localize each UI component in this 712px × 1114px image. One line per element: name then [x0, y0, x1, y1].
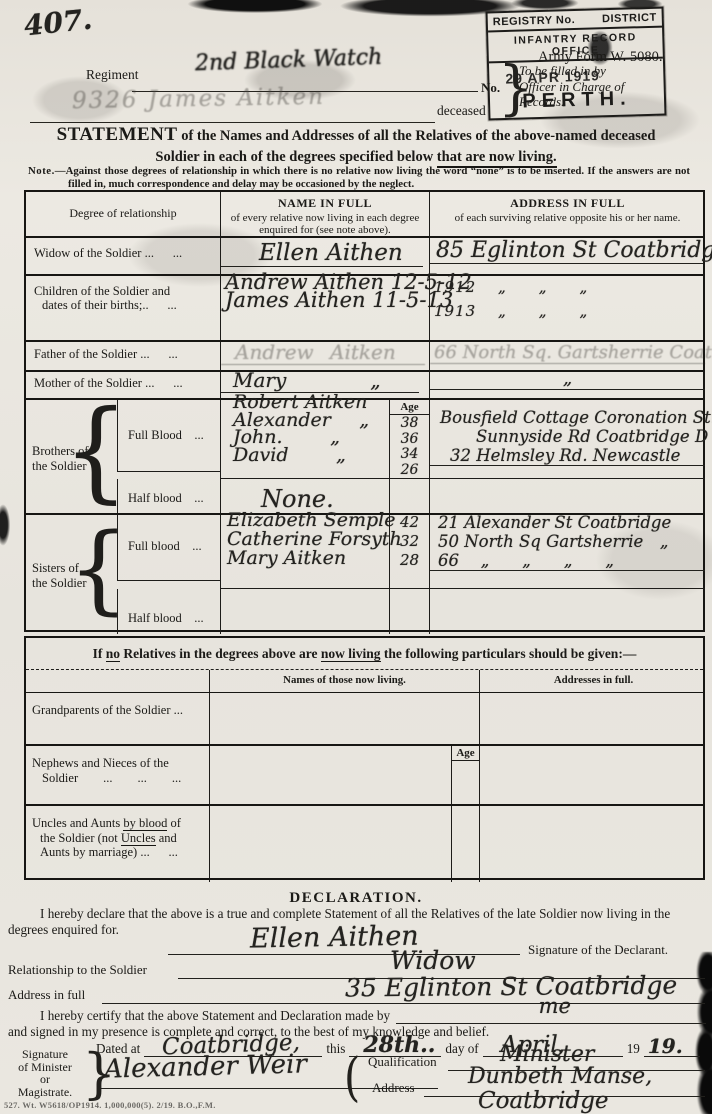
form-title: STATEMENT of the Names and Addresses of … [0, 124, 712, 168]
widow-address: 85 Eglinton St Coatbridge [430, 238, 703, 264]
uncles-age-cell [451, 806, 479, 882]
relatives-table: Degree of relationship NAME IN FULL of e… [24, 190, 705, 632]
note-text: —Against those degrees of relationship i… [55, 165, 690, 190]
header-address: ADDRESS IN FULL of each surviving relati… [429, 192, 705, 236]
brothers-half-age-cell [389, 479, 429, 513]
stamp-registry-label: REGISTRY No. [493, 14, 576, 28]
sister-age: 42 [390, 513, 429, 532]
sister-address: 21 Alexander St Coatbridge [430, 513, 705, 532]
minister-address-value: Dunbeth Manse, [468, 1064, 652, 1089]
certify-me-value: me [539, 994, 571, 1018]
note-label: Note. [28, 165, 55, 177]
brothers-age-cell: Age 38 36 34 26 [389, 400, 429, 479]
widow-address-cell: 85 Eglinton St Coatbridge [429, 238, 705, 274]
brothers-half-address-cell [429, 479, 705, 513]
brother-address: Sunnyside Rd Coatbridge D [430, 427, 705, 446]
widow-name-cell: Ellen Aithen [220, 238, 429, 274]
brother-age: 36 [390, 432, 429, 448]
brothers-full-label: Full Blood ... [117, 400, 220, 472]
qualification-label: Qualification [368, 1054, 437, 1070]
sisters-names-cell: Elizabeth Semple Catherine Forsyth Mary … [220, 515, 389, 589]
children-address-cell: 1912 „ „ „ 1913 „ „ „ [429, 276, 705, 340]
title-word: STATEMENT [57, 124, 178, 145]
certify-line1: I hereby certify that the above Statemen… [8, 1008, 706, 1024]
row-nephews: Nephews and Nieces of the Soldier ... ..… [26, 744, 703, 804]
regiment-label: Regiment [86, 67, 139, 83]
sisters-half-address-cell [429, 589, 705, 634]
address-in-full-label: Address in full [8, 987, 85, 1003]
stamp-district-label: DISTRICT [602, 12, 657, 26]
sister-age: 28 [390, 551, 429, 570]
soldier-name-value: 9326 James Aitken [72, 84, 325, 114]
ref-number: 407. [22, 3, 93, 43]
brothers-group-label: Brothers of the Soldier { [26, 400, 117, 513]
sister-name: Mary Aitken [227, 549, 389, 568]
brothers-names-cell: Robert Aitken Alexander „ John. „ David … [220, 400, 389, 479]
t2-header-addresses: Addresses in full. [479, 670, 707, 692]
soldier-rule [30, 122, 435, 123]
qualification-brace: ( [344, 1048, 360, 1108]
form-note: Note.—Against those degrees of relations… [28, 165, 690, 190]
child-address: 1913 „ „ „ [430, 298, 705, 324]
nephews-label: Nephews and Nieces of the Soldier ... ..… [26, 746, 209, 804]
brother-age: 34 [390, 447, 429, 463]
sisters-address-cell: 21 Alexander St Coatbridge 50 North Sq G… [429, 515, 705, 589]
minister-address-value2: Coatbridge [478, 1088, 609, 1114]
row-sisters: Sisters of the Soldier { Full blood ... … [26, 513, 703, 634]
brother-age: 38 [390, 416, 429, 432]
t2-header-spacer [26, 670, 209, 692]
no-brace: } [498, 54, 534, 122]
sister-address: 66 „ „ „ „ [430, 551, 705, 571]
no-relatives-header-row: Names of those now living. Addresses in … [26, 670, 703, 692]
sister-address: 50 North Sq Gartsherrie „ [430, 532, 705, 551]
brother-address: Bousfield Cottage Coronation St. [430, 408, 705, 427]
children-label: Children of the Soldier and dates of the… [26, 276, 220, 340]
brother-name: David „ [233, 447, 389, 465]
child-address: 1912 „ „ „ [430, 274, 705, 300]
nephews-names-cell [209, 746, 451, 804]
mother-address-cell: „ [429, 372, 705, 398]
declarant-signature-label: Signature of the Declarant. [528, 942, 668, 958]
row-uncles: Uncles and Aunts by blood of the Soldier… [26, 804, 703, 882]
sisters-full-label: Full blood ... [117, 515, 220, 581]
row-father: Father of the Soldier ... ... Andrew Ait… [26, 340, 703, 370]
mother-address: „ [430, 368, 705, 390]
row-brothers: Brothers of the Soldier { Full Blood ...… [26, 398, 703, 513]
header-degree: Degree of relationship [26, 192, 220, 236]
table-header-row: Degree of relationship NAME IN FULL of e… [26, 192, 703, 236]
sisters-half-label: Half blood ... [117, 589, 220, 634]
nephews-age-cell: Age [451, 746, 479, 804]
relationship-label: Relationship to the Soldier [8, 962, 147, 978]
grandparents-names-cell [209, 693, 479, 744]
father-name: Andrew Aitken [221, 340, 425, 365]
certify-me-line: me [396, 1008, 706, 1024]
uncles-names-cell [209, 806, 451, 882]
brothers-half-cell: None. [220, 479, 389, 513]
brother-age: 26 [390, 463, 429, 479]
declaration-heading: DECLARATION. [0, 890, 712, 907]
grandparents-label: Grandparents of the Soldier ... [26, 693, 209, 744]
minister-address-label: Address [372, 1080, 415, 1096]
document-page: 407. Army Form W. 5080. REGISTRY No. DIS… [0, 0, 712, 1114]
age-header: Age [390, 400, 429, 415]
father-address: 66 North Sq. Gartsherrie Coatb [430, 342, 705, 364]
brothers-address-cell: Bousfield Cottage Coronation St. Sunnysi… [429, 400, 705, 479]
father-address-cell: 66 North Sq. Gartsherrie Coatb [429, 342, 705, 370]
deceased-label: deceased [437, 103, 486, 119]
title-line2: Soldier in each of the degrees specified… [155, 149, 436, 165]
no-relatives-title: If no Relatives in the degrees above are… [26, 638, 703, 670]
title-line1: of the Names and Addresses of all the Re… [178, 128, 656, 144]
address-in-full-value: 35 Eglinton St Coatbridge [345, 971, 678, 1003]
child-name: James Aithen 11-5-13 [221, 288, 429, 312]
row-widow: Widow of the Soldier ... ... Ellen Aithe… [26, 236, 703, 274]
row-children: Children of the Soldier and dates of the… [26, 274, 703, 340]
grandparents-address-cell [479, 693, 707, 744]
no-relatives-table: If no Relatives in the degrees above are… [24, 636, 705, 880]
uncles-label: Uncles and Aunts by blood of the Soldier… [26, 806, 209, 882]
mother-name: Mary „ [221, 368, 419, 393]
widow-name: Ellen Aithen [221, 240, 423, 267]
sisters-age-cell: 42 32 28 [389, 515, 429, 589]
row-grandparents: Grandparents of the Soldier ... [26, 692, 703, 744]
minister-signature: Alexander Weir [104, 1049, 308, 1084]
t2-header-names: Names of those now living. [209, 670, 479, 692]
relationship-value: Widow [390, 946, 476, 975]
minister-label: Signature of Minister or Magistrate. [8, 1048, 82, 1098]
uncles-address-cell [479, 806, 707, 882]
children-names-cell: Andrew Aithen 12-5-12 James Aithen 11-5-… [220, 276, 429, 340]
sisters-half-age-cell [389, 589, 429, 634]
printer-imprint: 527. Wt. W5618/OP1914. 1,000,000(5). 2/1… [4, 1100, 216, 1110]
brothers-half-label: Half blood ... [117, 479, 220, 513]
regiment-value: 2nd Black Watch [195, 45, 383, 77]
sisters-half-cell [220, 589, 389, 634]
sister-age: 32 [390, 532, 429, 551]
brother-address: 32 Helmsley Rd. Newcastle [430, 446, 705, 466]
father-label: Father of the Soldier ... ... [26, 342, 220, 370]
nephews-address-cell [479, 746, 707, 804]
age-header: Age [452, 746, 479, 761]
father-name-cell: Andrew Aitken [220, 342, 429, 370]
header-name: NAME IN FULL of every relative now livin… [220, 192, 429, 236]
sisters-group-label: Sisters of the Soldier { [26, 515, 117, 634]
widow-label: Widow of the Soldier ... ... [26, 238, 220, 274]
